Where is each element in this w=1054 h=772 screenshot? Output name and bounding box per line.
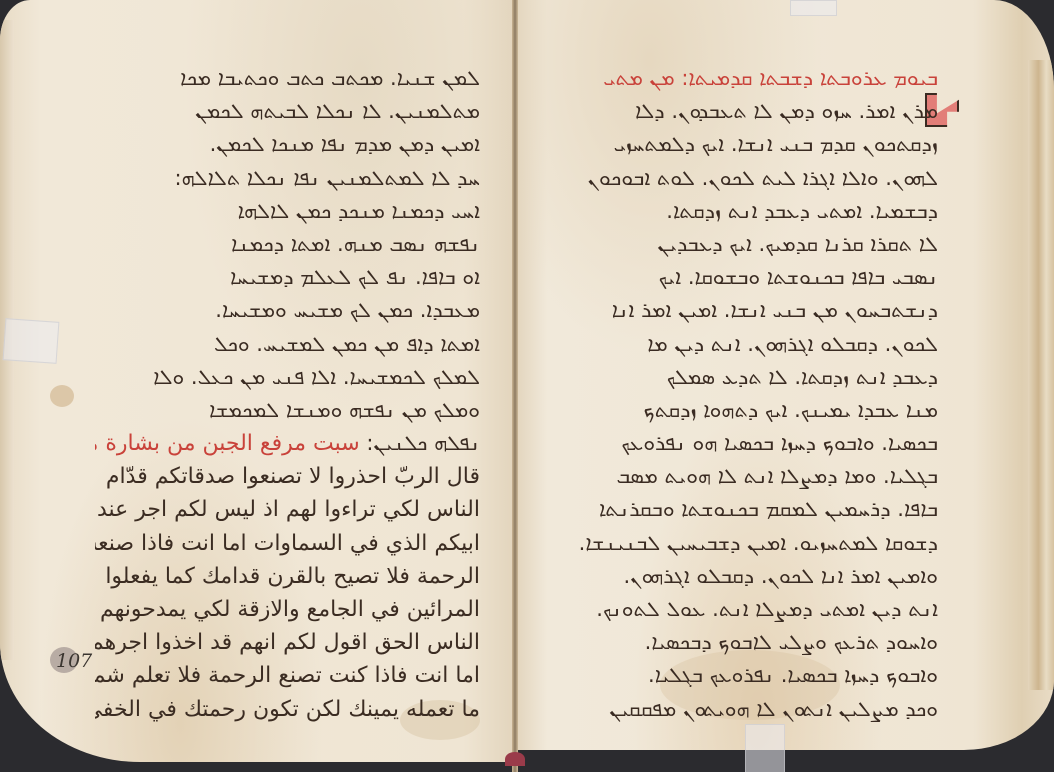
- arabic-line: اما انت فاذا كنت تصنع الرحمة فلا تعلم شم…: [95, 659, 480, 692]
- syriac-line: ܚܕ ܠܐ ܠܡܬܠܡܢܝܢ ܢܦܐ ܢܟܠܐ ܬܠܐܠܗ:: [95, 162, 480, 195]
- syriac-line: ܕܒܫܡܝܐ. ܐܡܬܝ ܕܥܒܕ ܐܢܬ ܙܕܩܬܐ.: [548, 195, 938, 228]
- arabic-line: ما تعمله يمينك لكن تكون رحمتك في الخفي: [95, 693, 480, 726]
- syriac-line: ܕܢܫܬܒܚܘܢ ܡܢ ܒܢܝ ܐܢܫܐ. ܐܡܝܢ ܐܡܪ ܐܢܐ: [548, 294, 938, 327]
- arabic-line: المرائين في الجامع والازقة لكي يمدحونهم: [95, 593, 480, 626]
- syriac-line: ܐܡܬܐ ܕܐܦ ܡܢ ܟܡܢ ܠܡܫܝܚ. ܘܟܠ: [95, 328, 480, 361]
- arabic-rubric-heading: سبت مرفع الجبن من بشارة متى: [95, 431, 360, 456]
- right-page-text: ܒܝܘܡ ܥܪܘܒܬܐ ܕܫܒܬܐ ܩܕܡܝܬܐ: ܡܢ ܡܬܝ ܡܪܢ ܐܡܪ…: [548, 62, 938, 726]
- syriac-rubric-heading: ܒܝܘܡ ܥܪܘܒܬܐ ܕܫܒܬܐ ܩܕܡܝܬܐ: ܡܢ ܡܬܝ: [548, 62, 938, 95]
- syriac-line: ܠܟܘܢ. ܕܩܒܠܘ ܐܓܪܗܘܢ. ܐܢܬ ܕܝܢ ܡܐ: [548, 328, 938, 361]
- syriac-line: ܒܐܦܐ. ܕܪܚܡܝܢ ܠܡܩܡ ܒܟܢܘܫܬܐ ܘܒܩܪܢܬܐ: [548, 493, 938, 526]
- syriac-line: ܡܪܢ ܐܡܪ. ܚܙܘ ܕܡܢ ܠܐ ܬܥܒܕܘܢ. ܕܠܐ: [548, 95, 938, 128]
- repair-tape: [3, 318, 60, 364]
- repair-tape: [790, 0, 837, 16]
- syriac-line: ܘܟܕ ܡܨܠܝܢ ܐܢܬܘܢ ܠܐ ܗܘܝܬܘܢ ܡܦܩܩܝܢ: [548, 693, 938, 726]
- book-gutter: [512, 0, 518, 772]
- arabic-line: قال الربّ احذروا لا تصنعوا صدقاتكم قدّام: [95, 460, 480, 493]
- syriac-line: ܐܚܝ ܕܟܡܢܐ ܡܢܟܕ ܟܡܢ ܠܐܠܗܐ: [95, 195, 480, 228]
- right-page-edge: [1028, 60, 1054, 690]
- left-page-text: ܠܡܢ ܫܢܝܐ. ܡܟܬܒ ܟܬܒ ܘܟܬܝܒܐ ܡܟܐ ܡܬܠܡܢܝܢ. ܠ…: [95, 62, 480, 726]
- syriac-line: ܡܬܠܡܢܝܢ. ܠܐ ܢܟܠܐ ܠܒܝܬܗ ܠܟܡܢ: [95, 95, 480, 128]
- repair-tape: [745, 724, 785, 772]
- syriac-line: ܐܘ ܒܐܦܐ. ܢܦ ܠܟ ܠܥܠܡ ܕܡܫܝܚܐ: [95, 261, 480, 294]
- syriac-line: ܠܡܠܟ ܠܟܡܫܝܚܐ. ܐܠܐ ܦܢܝ ܡܢ ܟܥܠ. ܘܠܐ: [95, 361, 480, 394]
- syriac-line: ܐܡܝܢ ܕܡܢ ܡܕܡ ܢܦܐ ܡܢܟܐ ܠܟܡܢ.: [95, 128, 480, 161]
- syriac-line: ܢܣܒܝ ܒܐܦܐ ܒܟܢܘܫܬܐ ܘܒܫܘܩܐ. ܐܝܟ: [548, 261, 938, 294]
- syriac-line: ܕܫܘܩܐ ܠܡܬܚܙܝܘ. ܐܡܝܢ ܕܫܒܝܚܝܢ ܠܒܢܝܢܫܐ.: [548, 527, 938, 560]
- syriac-line: ܙܕܩܬܟܘܢ ܩܕܡ ܒܢܝ ܐܢܫܐ. ܐܝܟ ܕܠܡܬܚܙܝ: [548, 128, 938, 161]
- syriac-line: ܘܐܚܘܕ ܬܪܥܟ ܘܨܠܝ ܠܐܒܘܟ ܕܒܟܣܝܐ.: [548, 626, 938, 659]
- arabic-line: الناس الحق اقول لكم انهم قد اخذوا اجرهم: [95, 626, 480, 659]
- syriac-line: ܒܟܣܝܐ. ܘܐܒܘܟ ܕܚܙܐ ܒܟܣܝܐ ܗܘ ܢܦܪܘܥܟ: [548, 427, 938, 460]
- arabic-line: الرحمة فلا تصيح بالقرن قدامك كما يفعلوا: [95, 560, 480, 593]
- syriac-line: ܘܡܠܟ ܡܢ ܢܦܫܗ ܘܡܢܫܐ ܠܡܟܡܫܐ: [95, 394, 480, 427]
- arabic-line: الناس لكي تراءوا لهم اذ ليس لكم اجر عند: [95, 493, 480, 526]
- syriac-line: ܕܥܒܕ ܐܢܬ ܙܕܩܬܐ. ܠܐ ܬܕܥ ܣܡܠܟ: [548, 361, 938, 394]
- syriac-line: ܘܐܡܝܢ ܐܡܪ ܐܢܐ ܠܟܘܢ. ܕܩܒܠܘ ܐܓܪܗܘܢ.: [548, 560, 938, 593]
- arabic-line: ابيكم الذي في السماوات اما انت فاذا صنعت: [95, 527, 480, 560]
- syriac-heading-prefix: ܢܦܠܗ ܟܠܢܝܢ:: [366, 431, 480, 455]
- folio-number: 107: [56, 650, 92, 672]
- syriac-line: ܘܐܒܘܟ ܕܚܙܐ ܒܟܣܝܐ. ܢܦܪܘܥܟ ܒܓܠܝܐ.: [548, 659, 938, 692]
- manuscript-spread: ܠܡܢ ܫܢܝܐ. ܡܟܬܒ ܟܬܒ ܘܟܬܝܒܐ ܡܟܐ ܡܬܠܡܢܝܢ. ܠ…: [0, 0, 1054, 772]
- syriac-line: ܠܐ ܬܩܪܐ ܩܪܢܐ ܩܕܡܝܟ. ܐܝܟ ܕܥܒܕܝܢ: [548, 228, 938, 261]
- syriac-line: ܒܓܠܝܐ. ܘܡܐ ܕܡܨܠܐ ܐܢܬ ܠܐ ܗܘܝܬ ܡܣܒ: [548, 460, 938, 493]
- syriac-line: ܢܦܫܗ ܢܣܒ ܡܢܗ. ܐܡܬܐ ܕܟܡܢܐ: [95, 228, 480, 261]
- syriac-line: ܠܡܢ ܫܢܝܐ. ܡܟܬܒ ܟܬܒ ܘܟܬܝܒܐ ܡܟܐ: [95, 62, 480, 95]
- syriac-line: ܡܥܒܕܐ. ܟܡܢ ܠܟ ܡܫܝܚ ܘܡܫܝܚܐ.: [95, 294, 480, 327]
- syriac-line: ܡܢܐ ܥܒܕܐ ܝܡܝܢܟ. ܐܝܟ ܕܬܗܘܐ ܙܕܩܬܟ: [548, 394, 938, 427]
- syriac-line: ܠܗܘܢ. ܘܐܠܐ ܐܓܪܐ ܠܝܬ ܠܟܘܢ. ܠܘܬ ܐܒܘܟܘܢ: [548, 162, 938, 195]
- binding-thread: [505, 752, 525, 766]
- paper-stain: [50, 385, 74, 407]
- heading-line: ܢܦܠܗ ܟܠܢܝܢ: سبت مرفع الجبن من بشارة متى: [95, 427, 480, 460]
- syriac-line: ܐܢܬ ܕܝܢ ܐܡܬܝ ܕܡܨܠܐ ܐܢܬ. ܥܘܠ ܠܬܘܢܟ.: [548, 593, 938, 626]
